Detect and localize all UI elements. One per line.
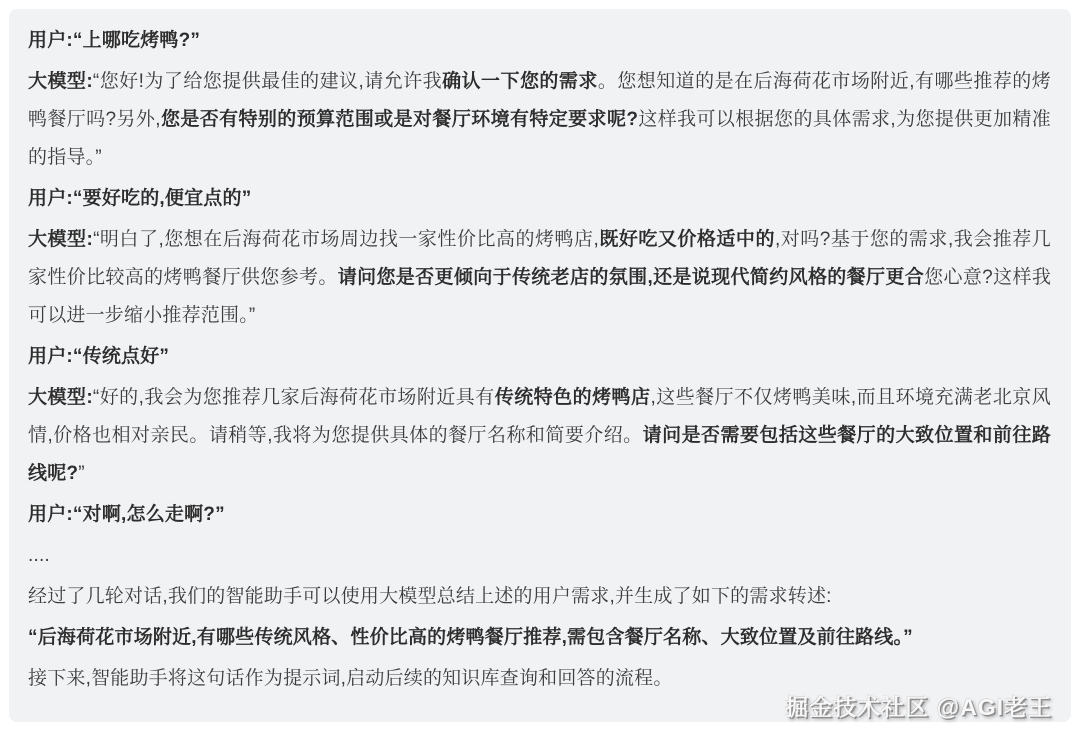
emphasized-text: 既好吃又价格适中的 bbox=[599, 229, 775, 250]
emphasized-text: 大模型: bbox=[28, 387, 93, 408]
user-turn-4: 用户:“对啊,怎么走啊?” bbox=[28, 496, 1051, 534]
emphasized-text: 请问您是否更倾向于传统老店的氛围,还是说现代简约风格的餐厅更合 bbox=[338, 267, 924, 288]
community-watermark: 掘金技术社区 @AGI老王 bbox=[785, 689, 1052, 722]
emphasized-text: 大模型: bbox=[28, 229, 93, 250]
ellipsis-line: .... bbox=[28, 537, 1051, 575]
summary-intro: 经过了几轮对话,我们的智能助手可以使用大模型总结上述的用户需求,并生成了如下的需… bbox=[28, 578, 1051, 616]
user-turn-2: 用户:“要好吃的,便宜点的” bbox=[28, 180, 1051, 218]
emphasized-text: 您是否有特别的预算范围或是对餐厅环境有特定要求呢? bbox=[161, 109, 638, 130]
dialogue-text: 用户:“上哪吃烤鸭?”大模型:“您好!为了给您提供最佳的建议,请允许我确认一下您… bbox=[28, 22, 1051, 698]
model-turn-3: 大模型:“好的,我会为您推荐几家后海荷花市场附近具有传统特色的烤鸭店,这些餐厅不… bbox=[28, 379, 1051, 493]
model-turn-1: 大模型:“您好!为了给您提供最佳的建议,请允许我确认一下您的需求。您想知道的是在… bbox=[28, 63, 1051, 177]
body-text: “您好!为了给您提供最佳的建议,请允许我 bbox=[93, 71, 442, 92]
article-page: 用户:“上哪吃烤鸭?”大模型:“您好!为了给您提供最佳的建议,请允许我确认一下您… bbox=[0, 0, 1080, 734]
emphasized-text: “后海荷花市场附近,有哪些传统风格、性价比高的烤鸭餐厅推荐,需包含餐厅名称、大致… bbox=[28, 627, 913, 648]
model-turn-2: 大模型:“明白了,您想在后海荷花市场周边找一家性价比高的烤鸭店,既好吃又价格适中… bbox=[28, 221, 1051, 335]
emphasized-text: 用户:“要好吃的,便宜点的” bbox=[28, 188, 251, 209]
emphasized-text: 用户:“上哪吃烤鸭?” bbox=[28, 30, 200, 51]
body-text: “好的,我会为您推荐几家后海荷花市场附近具有 bbox=[93, 387, 495, 408]
emphasized-text: 用户:“对啊,怎么走啊?” bbox=[28, 504, 225, 525]
dialogue-panel: 用户:“上哪吃烤鸭?”大模型:“您好!为了给您提供最佳的建议,请允许我确认一下您… bbox=[9, 9, 1071, 722]
body-text: 经过了几轮对话,我们的智能助手可以使用大模型总结上述的用户需求,并生成了如下的需… bbox=[28, 586, 832, 607]
user-turn-3: 用户:“传统点好” bbox=[28, 338, 1051, 376]
body-text: “明白了,您想在后海荷花市场周边找一家性价比高的烤鸭店, bbox=[93, 229, 599, 250]
body-text: 接下来,智能助手将这句话作为提示词,启动后续的知识库查询和回答的流程。 bbox=[28, 668, 673, 689]
emphasized-text: 大模型: bbox=[28, 71, 93, 92]
emphasized-text: 确认一下您的需求 bbox=[442, 71, 598, 92]
emphasized-text: 用户:“传统点好” bbox=[28, 346, 169, 367]
summary-quote: “后海荷花市场附近,有哪些传统风格、性价比高的烤鸭餐厅推荐,需包含餐厅名称、大致… bbox=[28, 619, 1051, 657]
emphasized-text: 传统特色的烤鸭店 bbox=[495, 387, 651, 408]
user-turn-1: 用户:“上哪吃烤鸭?” bbox=[28, 22, 1051, 60]
body-text: .... bbox=[28, 545, 50, 566]
body-text: ” bbox=[78, 463, 85, 484]
